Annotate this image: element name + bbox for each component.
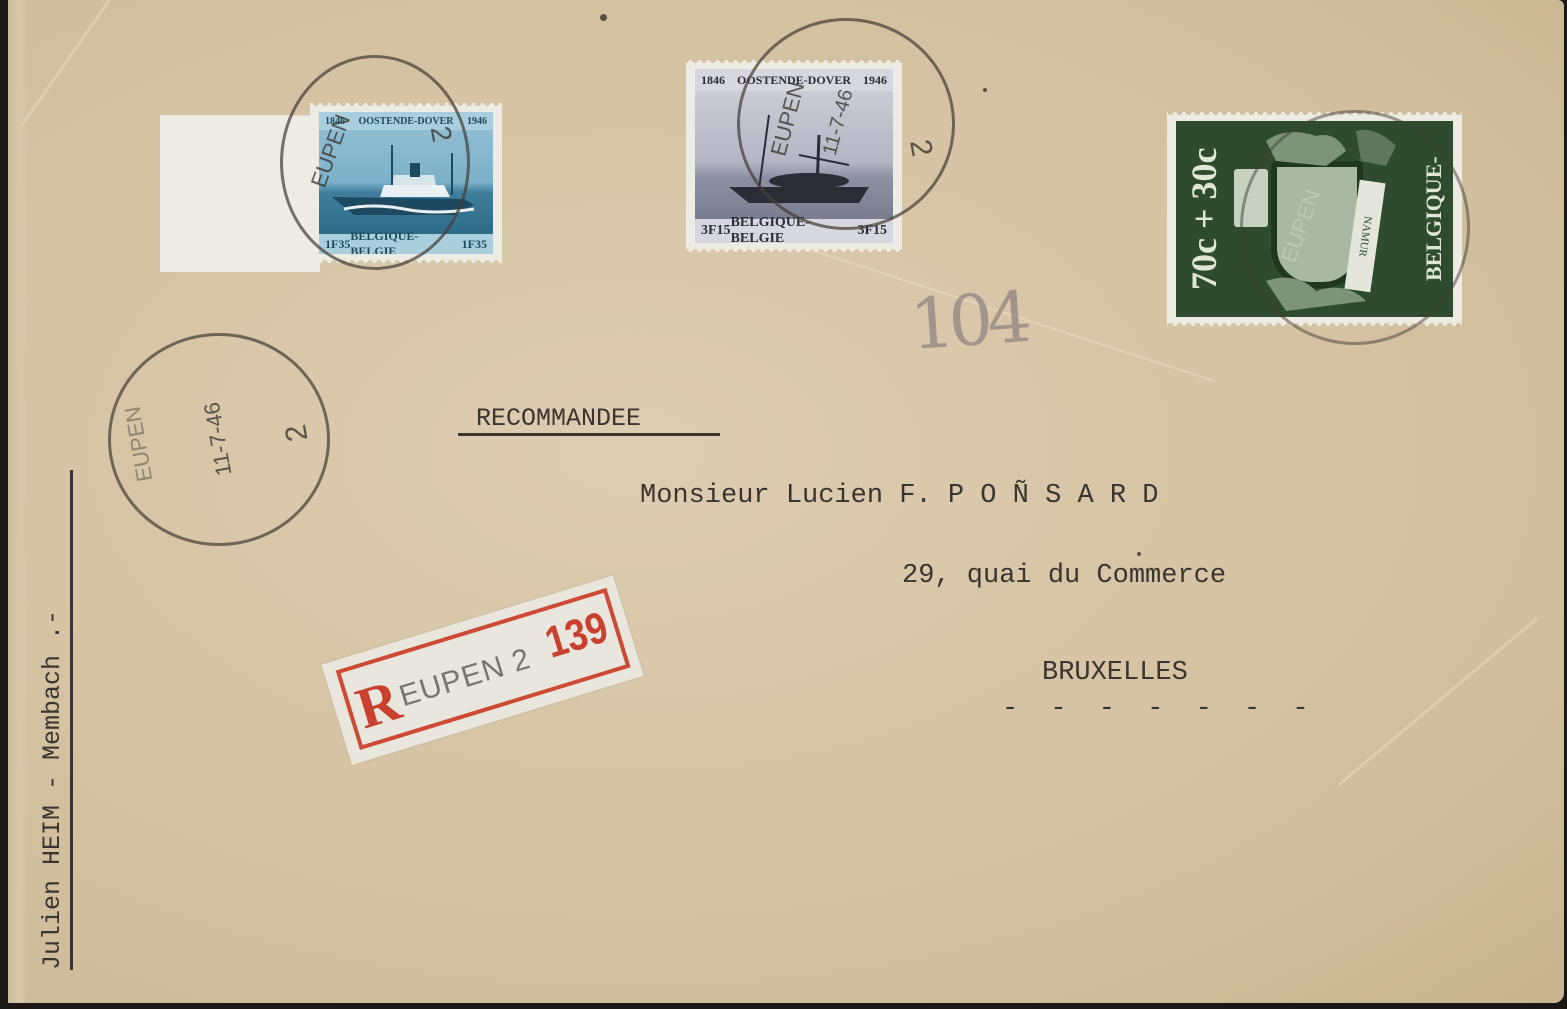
recipient-street: 29, quai du Commerce <box>902 561 1226 591</box>
envelope-edge <box>8 0 28 1003</box>
paper-speck <box>1137 552 1141 556</box>
registered-marking: RECOMMANDEE <box>476 404 641 433</box>
paper-speck <box>983 88 987 92</box>
marking-underline <box>458 433 720 436</box>
recipient-city: BRUXELLES <box>1042 658 1188 688</box>
postmark-town: EUPEN <box>1276 186 1326 266</box>
pencil-annotation: 104 <box>907 276 1028 366</box>
postmark-green-stamp: EUPEN <box>1240 110 1470 345</box>
stamp-value-left: 3F15 <box>701 223 731 239</box>
stamp-value-right: 1F35 <box>462 237 487 252</box>
postmark-town: EUPEN <box>306 111 356 191</box>
postmark-middle-stamp: EUPEN 11-7-46 2 <box>737 18 955 230</box>
paper-speck <box>600 14 607 21</box>
postmark-office: 2 <box>424 124 458 145</box>
postmark-town: EUPEN <box>766 79 811 159</box>
stamp-value: 70c + 30c <box>1182 129 1226 309</box>
postmark-office: 2 <box>902 137 938 159</box>
stamp-year-right: 1946 <box>467 116 487 127</box>
postmark-left-stamp: EUPEN 2 <box>280 55 470 270</box>
city-underline: - - - - - - - <box>1002 694 1317 724</box>
postmark-date: 11-7-46 <box>819 87 859 158</box>
stamp-year-left: 1846 <box>701 73 725 88</box>
postmark-arrival: EUPEN 11-7-46 2 <box>108 333 330 546</box>
paper-crease <box>1337 617 1538 786</box>
postmark-date: 11-7-46 <box>199 400 237 478</box>
postmark-office: 2 <box>279 422 315 444</box>
recipient-name: Monsieur Lucien F. P O Ñ S A R D <box>640 481 1158 511</box>
postmark-town: EUPEN <box>120 404 159 483</box>
sender-address: Julien HEIM - Membach .- <box>38 470 73 970</box>
